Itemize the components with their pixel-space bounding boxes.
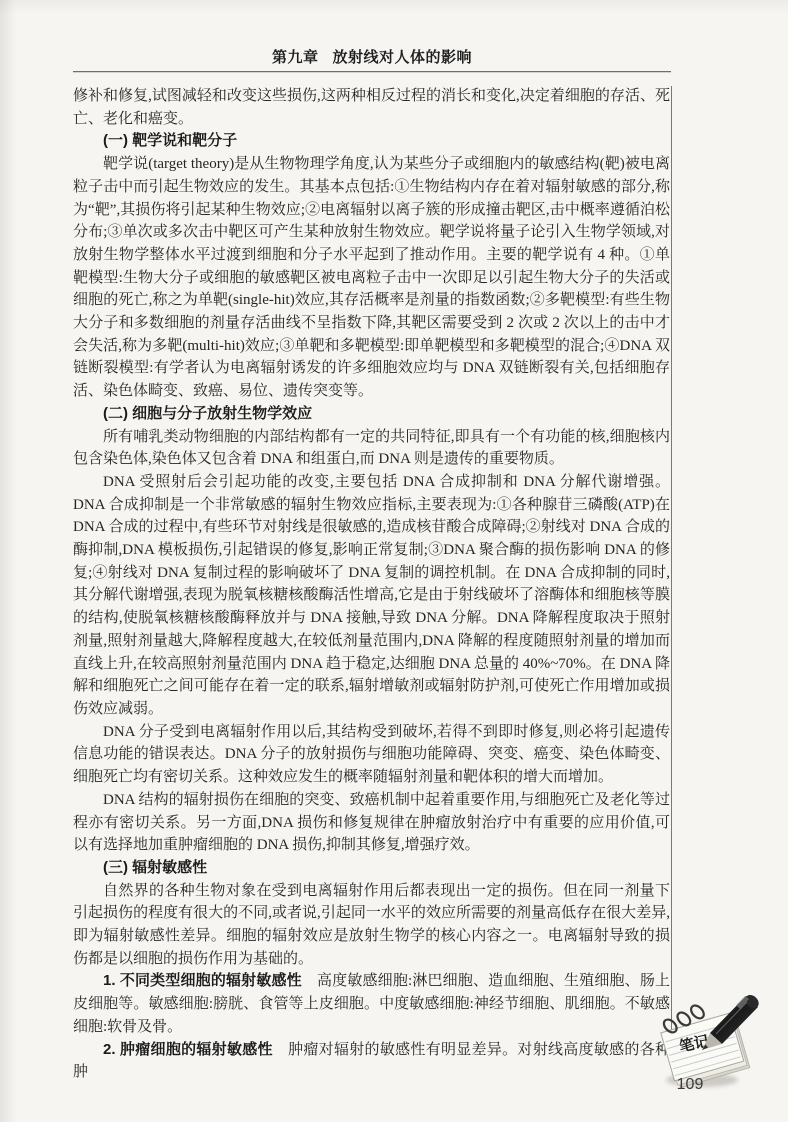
chapter-title: 放射线对人体的影响 bbox=[333, 49, 473, 66]
section-heading: (三) 辐射敏感性 bbox=[73, 857, 670, 880]
run-in-heading: 1. 不同类型细胞的辐射敏感性 bbox=[103, 972, 302, 989]
paragraph: 修补和修复,试图减轻和改变这些损伤,这两种相反过程的消长和变化,决定着细胞的存活… bbox=[73, 85, 670, 130]
header-divider bbox=[73, 71, 671, 72]
section-heading: (一) 靶学说和靶分子 bbox=[73, 130, 670, 153]
paragraph: DNA 受照射后会引起功能的改变,主要包括 DNA 合成抑制和 DNA 分解代谢… bbox=[73, 471, 670, 721]
paragraph: DNA 分子受到电离辐射作用以后,其结构受到破坏,若得不到即时修复,则必将引起遗… bbox=[73, 721, 670, 789]
page-edge-divider bbox=[671, 86, 672, 1068]
paragraph: 靶学说(target theory)是从生物物理学角度,认为某些分子或细胞内的敏… bbox=[73, 153, 670, 403]
scanned-book-page: { "page": { "header": { "chapter": "第九章"… bbox=[0, 0, 788, 1122]
paragraph: 所有哺乳类动物细胞的内部结构都有一定的共同特征,即具有一个有功能的核,细胞核内包… bbox=[73, 426, 670, 471]
running-header: 第九章放射线对人体的影响 bbox=[73, 46, 671, 67]
chapter-label: 第九章 bbox=[272, 49, 319, 66]
section-heading: (二) 细胞与分子放射生物学效应 bbox=[73, 403, 670, 426]
content-column: 修补和修复,试图减轻和改变这些损伤,这两种相反过程的消长和变化,决定着细胞的存活… bbox=[73, 85, 670, 1084]
run-in-heading: 2. 肿瘤细胞的辐射敏感性 bbox=[103, 1041, 273, 1058]
page-number: 109 bbox=[656, 1076, 724, 1094]
paragraph: 2. 肿瘤细胞的辐射敏感性 肿瘤对辐射的敏感性有明显差异。对射线高度敏感的各种肿 bbox=[73, 1039, 670, 1084]
paragraph: 1. 不同类型细胞的辐射敏感性 高度敏感细胞:淋巴细胞、造血细胞、生殖细胞、肠上… bbox=[73, 970, 670, 1038]
paragraph: 自然界的各种生物对象在受到电离辐射作用后都表现出一定的损伤。但在同一剂量下引起损… bbox=[73, 880, 670, 971]
paragraph: DNA 结构的辐射损伤在细胞的突变、致癌机制中起着重要作用,与细胞死亡及老化等过… bbox=[73, 789, 670, 857]
